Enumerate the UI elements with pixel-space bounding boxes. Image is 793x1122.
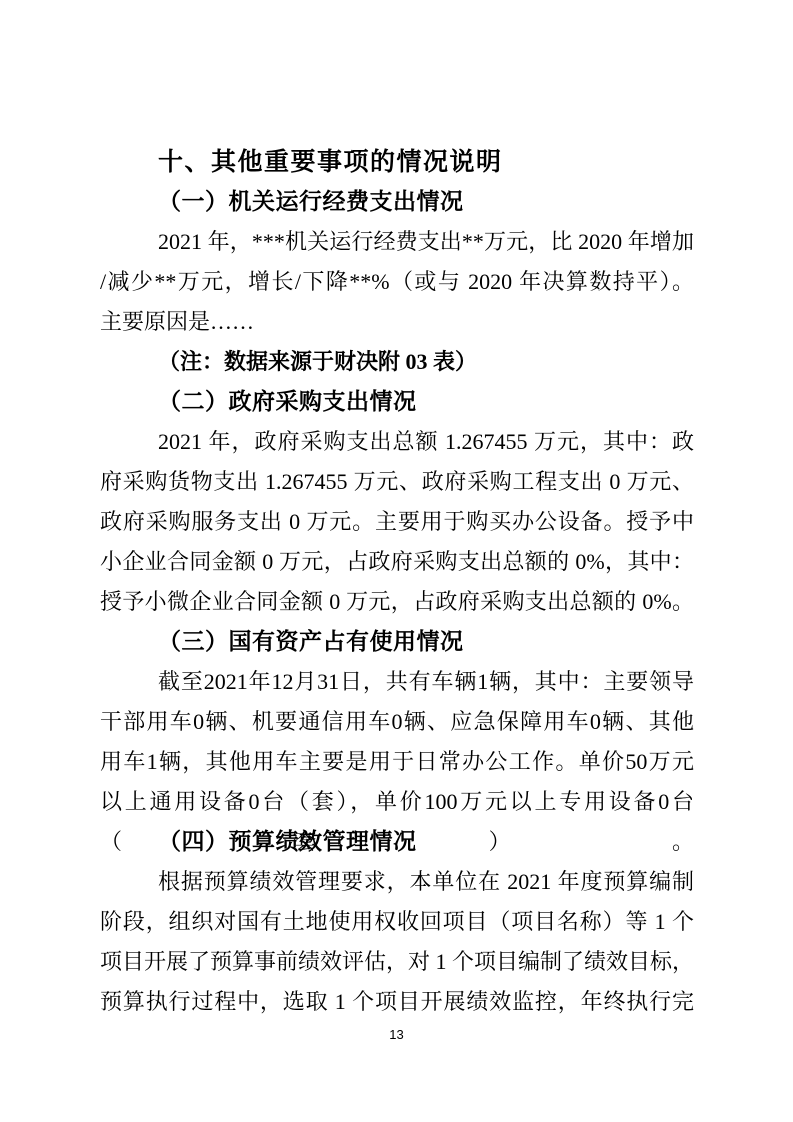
document-body: 十、其他重要事项的情况说明 （一）机关运行经费支出情况 2021 年，***机关… (100, 142, 694, 1022)
paragraph-line: 阶段，组织对国有土地使用权收回项目（项目名称）等 1 个 (100, 902, 694, 942)
subsection-heading-agency-operating-expenses: （一）机关运行经费支出情况 (100, 182, 694, 222)
data-source-note: （注：数据来源于财决附 03 表） (100, 342, 694, 382)
section-heading-other-important-matters: 十、其他重要事项的情况说明 (100, 142, 694, 182)
paragraph-line: /减少**万元，增长/下降**%（或与 2020 年决算数持平）。 (100, 262, 694, 302)
paragraph-line: 干部用车0辆、机要通信用车0辆、应急保障用车0辆、其他 (100, 702, 694, 742)
paragraph-line: 政府采购服务支出 0 万元。主要用于购买办公设备。授予中 (100, 502, 694, 542)
paragraph-line: 预算执行过程中，选取 1 个项目开展绩效监控，年终执行完 (100, 982, 694, 1022)
paragraph-line: 以上通用设备0台（套），单价100万元以上专用设备0台（套）。 (100, 782, 694, 822)
paragraph-line: 项目开展了预算事前绩效评估，对 1 个项目编制了绩效目标， (100, 942, 694, 982)
page-number: 13 (0, 1026, 793, 1044)
subsection-heading-government-procurement: （二）政府采购支出情况 (100, 382, 694, 422)
paragraph-line: 主要原因是…… (100, 302, 694, 342)
paragraph-line: 根据预算绩效管理要求，本单位在 2021 年度预算编制 (100, 862, 694, 902)
paragraph-line: 授予小微企业合同金额 0 万元，占政府采购支出总额的 0%。 (100, 582, 694, 622)
paragraph-line: 小企业合同金额 0 万元，占政府采购支出总额的 0%，其中： (100, 542, 694, 582)
paragraph-line: 2021 年，***机关运行经费支出**万元，比 2020 年增加 (100, 222, 694, 262)
paragraph-line: 府采购货物支出 1.267455 万元、政府采购工程支出 0 万元、 (100, 462, 694, 502)
document-page: 十、其他重要事项的情况说明 （一）机关运行经费支出情况 2021 年，***机关… (0, 0, 793, 1122)
paragraph-line: 2021 年，政府采购支出总额 1.267455 万元，其中：政 (100, 422, 694, 462)
paragraph-line: 用车1辆，其他用车主要是用于日常办公工作。单价50万元 (100, 742, 694, 782)
paragraph-line: 截至2021年12月31日，共有车辆1辆，其中：主要领导 (100, 662, 694, 702)
subsection-heading-state-assets: （三）国有资产占有使用情况 (100, 622, 694, 662)
